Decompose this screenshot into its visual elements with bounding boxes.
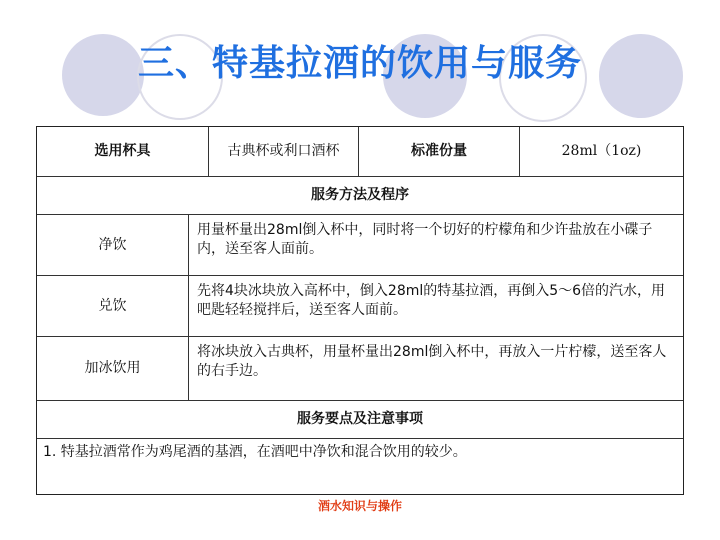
method-heading-row: 服务方法及程序	[37, 177, 683, 215]
method-name: 加冰饮用	[37, 337, 188, 400]
notes-row: 1. 特基拉酒常作为鸡尾酒的基酒，在酒吧中净饮和混合饮用的较少。	[37, 439, 683, 494]
method-description: 用量杯量出28ml倒入杯中，同时将一个切好的柠檬角和少许盐放在小碟子内，送至客人…	[188, 215, 683, 275]
service-table: 选用杯具 古典杯或利口酒杯 标准份量 28ml（1oz) 服务方法及程序 净饮 …	[36, 126, 684, 495]
notes-heading-row: 服务要点及注意事项	[37, 401, 683, 439]
method-heading: 服务方法及程序	[37, 177, 683, 214]
method-name: 净饮	[37, 215, 188, 275]
method-row: 净饮 用量杯量出28ml倒入杯中，同时将一个切好的柠檬角和少许盐放在小碟子内，送…	[37, 215, 683, 276]
method-description: 将冰块放入古典杯，用量杯量出28ml倒入杯中，再放入一片柠檬，送至客人的右手边。	[188, 337, 683, 400]
note-item: 1. 特基拉酒常作为鸡尾酒的基酒，在酒吧中净饮和混合饮用的较少。	[37, 439, 683, 494]
glass-value: 古典杯或利口酒杯	[208, 127, 358, 176]
method-name: 兑饮	[37, 276, 188, 336]
method-row: 加冰饮用 将冰块放入古典杯，用量杯量出28ml倒入杯中，再放入一片柠檬，送至客人…	[37, 337, 683, 401]
slide-title: 三、特基拉酒的饮用与服务	[0, 40, 720, 86]
method-row: 兑饮 先将4块冰块放入高杯中，倒入28ml的特基拉酒，再倒入5～6倍的汽水，用吧…	[37, 276, 683, 337]
notes-heading: 服务要点及注意事项	[37, 401, 683, 438]
glass-label: 选用杯具	[37, 127, 208, 176]
glass-portion-row: 选用杯具 古典杯或利口酒杯 标准份量 28ml（1oz)	[37, 127, 683, 177]
portion-value: 28ml（1oz)	[519, 127, 683, 176]
portion-label: 标准份量	[358, 127, 519, 176]
method-description: 先将4块冰块放入高杯中，倒入28ml的特基拉酒，再倒入5～6倍的汽水，用吧匙轻轻…	[188, 276, 683, 336]
footer-text: 酒水知识与操作	[0, 497, 720, 514]
